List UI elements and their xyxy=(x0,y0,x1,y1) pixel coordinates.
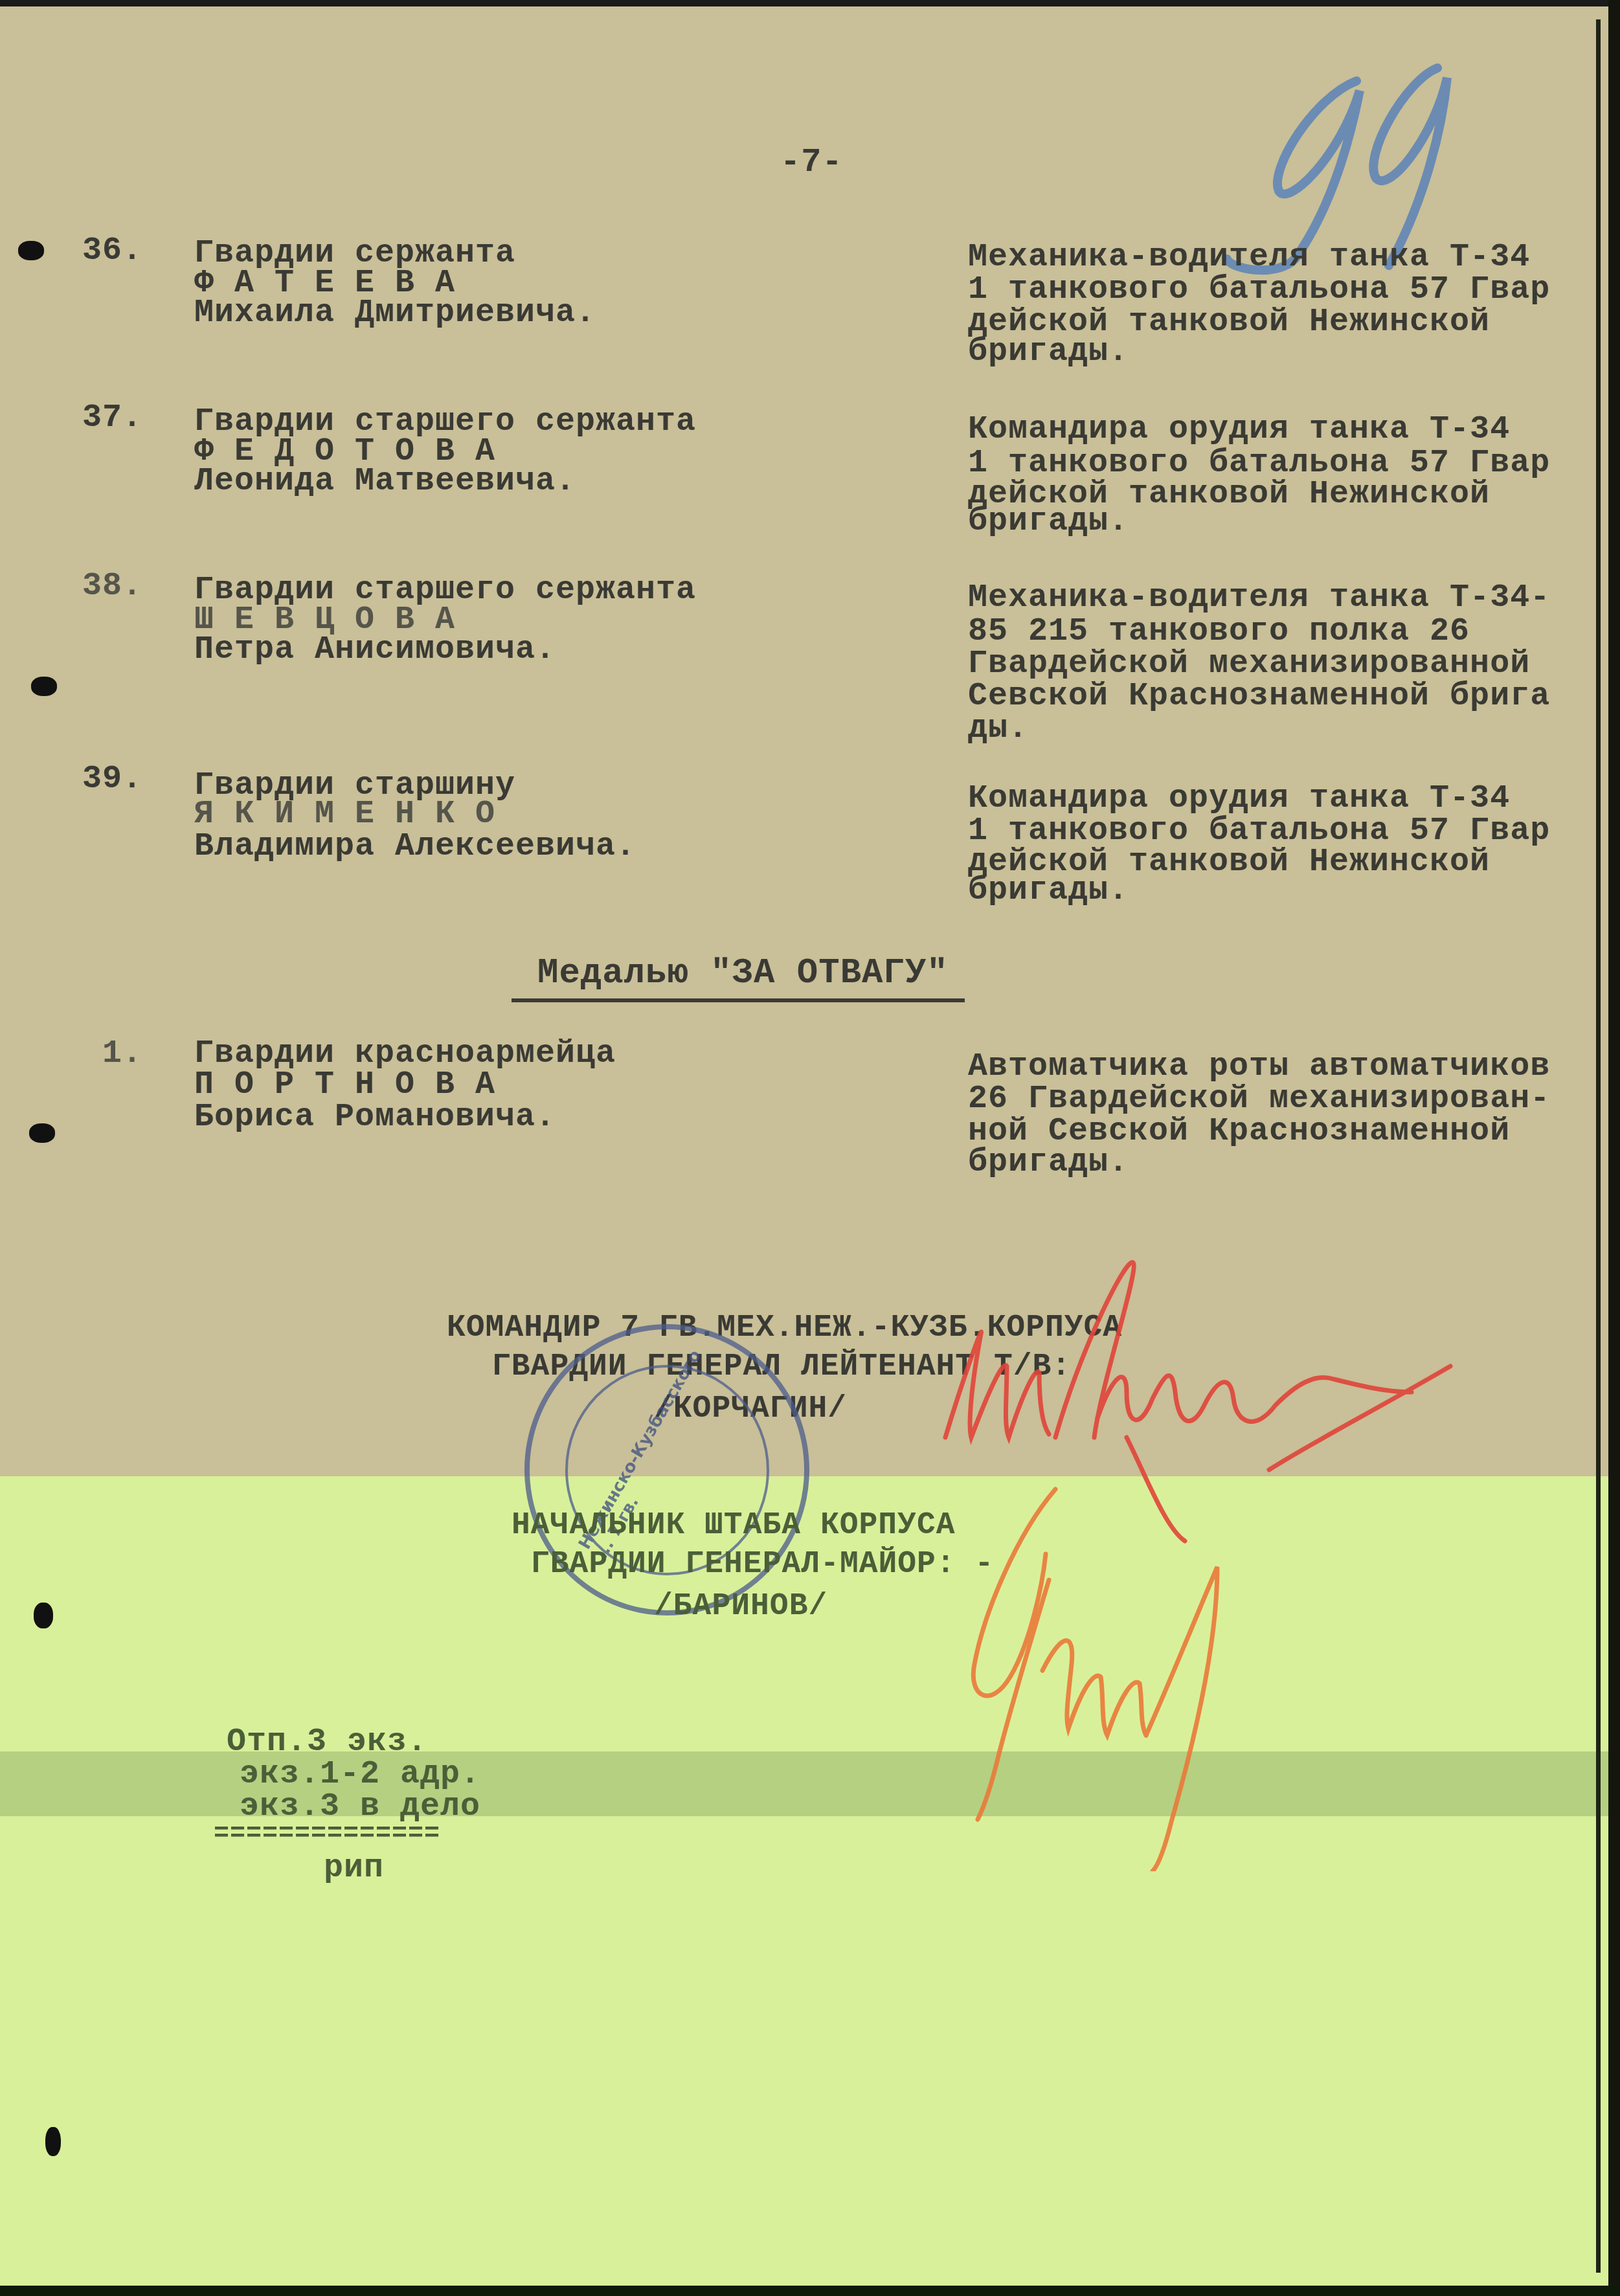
entry-given-names: Петра Анисимовича. xyxy=(194,633,556,667)
entry-position-line: Командира орудия танка Т-34 xyxy=(968,782,1510,816)
entry-position-line: бригады. xyxy=(968,335,1129,369)
entry-surname: Я К И М Е Н К О xyxy=(194,798,495,831)
entry-position-line: Командира орудия танка Т-34 xyxy=(968,413,1510,447)
scan-right-border xyxy=(1608,0,1620,2296)
entry-position-line: ды. xyxy=(968,712,1028,746)
entry-number: 37. xyxy=(65,401,142,435)
punch-hole-icon xyxy=(18,241,44,260)
entry-number: 38. xyxy=(65,570,142,603)
entry-position-line: Гвардейской механизированной xyxy=(968,647,1530,681)
entry-given-names: Михаила Дмитриевича. xyxy=(194,297,596,330)
entry-given-names: Леонида Матвеевича. xyxy=(194,465,576,499)
entry-given-names: Владимира Алексеевича. xyxy=(194,830,636,864)
entry-number: 39. xyxy=(65,763,142,796)
entry-position-line: бригады. xyxy=(968,505,1129,539)
footer-typist-initials: рип xyxy=(324,1852,384,1885)
entry-position-line: 26 Гвардейской механизирован- xyxy=(968,1083,1550,1116)
chief-of-staff-signature xyxy=(913,1483,1366,1871)
page-number: -7- xyxy=(780,146,843,179)
punch-hole-icon xyxy=(45,2127,61,2156)
entry-position-line: Механика-водителя танка Т-34 xyxy=(968,241,1530,275)
entry-position-line: бригады. xyxy=(968,1146,1129,1180)
entry-number: 1. xyxy=(65,1037,142,1071)
entry-position-line: Механика-водителя танка Т-34- xyxy=(968,581,1550,615)
entry-position-line: 85 215 танкового полка 26 xyxy=(968,615,1470,649)
footer-copies-line: экз.1-2 адр. xyxy=(240,1758,480,1792)
entry-position-line: бригады. xyxy=(968,874,1129,908)
chief-of-staff-name: /БАРИНОВ/ xyxy=(654,1590,827,1623)
entry-position-line: Автоматчика роты автоматчиков xyxy=(968,1050,1550,1084)
entry-position-line: 1 танкового батальона 57 Гвар xyxy=(968,273,1550,307)
section-heading: Медалью "ЗА ОТВАГУ" xyxy=(537,957,949,991)
chief-of-staff-title-line1: НАЧАЛЬНИК ШТАБА КОРПУСА xyxy=(512,1509,956,1542)
punch-hole-icon xyxy=(34,1603,53,1628)
page-right-edge xyxy=(1596,19,1601,2273)
entry-given-names: Бориса Романовича. xyxy=(194,1101,556,1134)
footer-separator: ============== xyxy=(214,1818,440,1852)
entry-surname: П О Р Т Н О В А xyxy=(194,1068,495,1102)
footer-copies-line: Отп.3 экз. xyxy=(227,1726,427,1759)
punch-hole-icon xyxy=(31,677,57,696)
punch-hole-icon xyxy=(29,1123,55,1143)
document-page: -7- 36. Гвардии сержанта Ф А Т Е Е В А М… xyxy=(0,0,1620,2296)
entry-position-line: Севской Краснознаменной брига xyxy=(968,680,1550,714)
section-heading-underline xyxy=(512,998,965,1002)
entry-number: 36. xyxy=(65,234,142,268)
scan-top-edge xyxy=(0,0,1620,6)
scan-bottom-edge xyxy=(0,2286,1620,2296)
